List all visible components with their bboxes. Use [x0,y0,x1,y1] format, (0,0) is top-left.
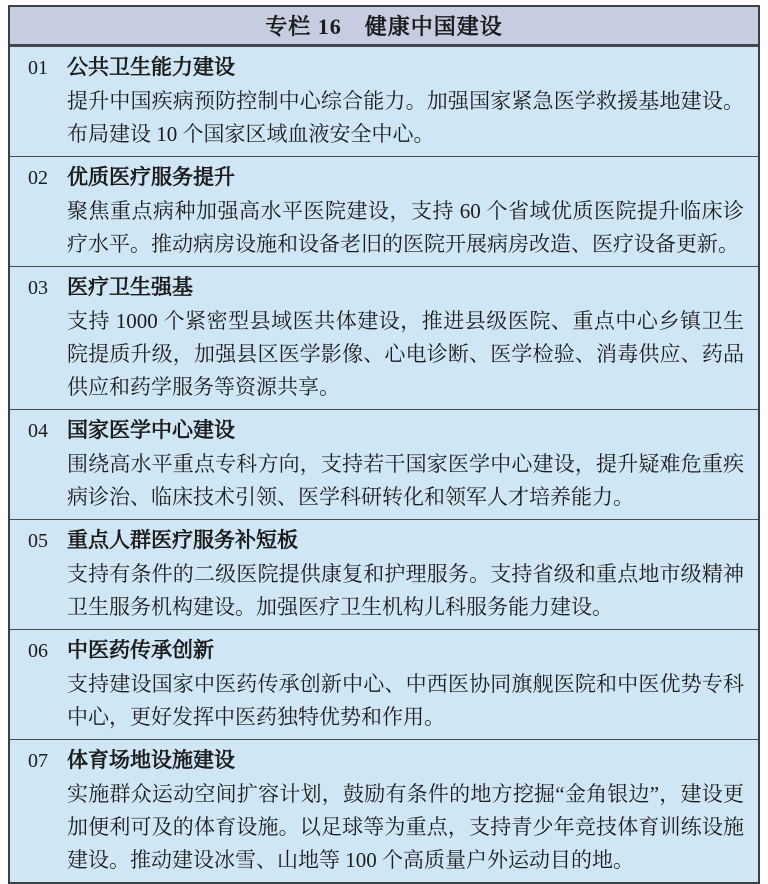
section-title-row: 05 重点人群医疗服务补短板 [28,524,744,558]
section-row: 06 中医药传承创新 支持建设国家中医药传承创新中心、中西医协同旗舰医院和中医优… [10,629,758,739]
section-title-row: 03 医疗卫生强基 [28,271,744,305]
section-heading: 体育场地设施建设 [67,744,235,777]
section-heading: 重点人群医疗服务补短板 [67,524,298,557]
section-number: 05 [28,525,67,558]
section-body: 支持建设国家中医药传承创新中心、中西医协同旗舰医院和中医优势专科中心，更好发挥中… [67,668,744,734]
section-number: 07 [28,745,67,778]
section-body: 聚焦重点病种加强高水平医院建设，支持 60 个省域优质医院提升临床诊疗水平。推动… [67,195,744,261]
policy-box: 专栏 16 健康中国建设 01 公共卫生能力建设 提升中国疾病预防控制中心综合能… [8,5,760,884]
page-background: 专栏 16 健康中国建设 01 公共卫生能力建设 提升中国疾病预防控制中心综合能… [0,0,768,862]
section-number: 04 [28,415,67,448]
section-heading: 优质医疗服务提升 [67,161,235,194]
section-body: 实施群众运动空间扩容计划，鼓励有条件的地方挖掘“金角银边”，建设更加便利可及的体… [67,778,744,877]
section-heading: 医疗卫生强基 [67,271,193,304]
section-body: 提升中国疾病预防控制中心综合能力。加强国家紧急医学救援基地建设。布局建设 10 … [67,85,744,151]
section-heading: 国家医学中心建设 [67,414,235,447]
section-number: 02 [28,162,67,195]
section-row: 07 体育场地设施建设 实施群众运动空间扩容计划，鼓励有条件的地方挖掘“金角银边… [10,739,758,882]
section-title-row: 07 体育场地设施建设 [28,744,744,778]
section-heading: 中医药传承创新 [67,634,214,667]
section-title-row: 04 国家医学中心建设 [28,414,744,448]
section-body: 围绕高水平重点专科方向，支持若干国家医学中心建设，提升疑难危重疾病诊治、临床技术… [67,448,744,514]
section-row: 02 优质医疗服务提升 聚焦重点病种加强高水平医院建设，支持 60 个省域优质医… [10,156,758,266]
section-row: 03 医疗卫生强基 支持 1000 个紧密型县域医共体建设，推进县级医院、重点中… [10,266,758,409]
section-row: 01 公共卫生能力建设 提升中国疾病预防控制中心综合能力。加强国家紧急医学救援基… [10,46,758,156]
section-number: 01 [28,52,67,85]
section-body: 支持有条件的二级医院提供康复和护理服务。支持省级和重点地市级精神卫生服务机构建设… [67,558,744,624]
section-heading: 公共卫生能力建设 [67,51,235,84]
section-number: 06 [28,635,67,668]
section-number: 03 [28,272,67,305]
section-title-row: 06 中医药传承创新 [28,634,744,668]
section-title-row: 02 优质医疗服务提升 [28,161,744,195]
section-body: 支持 1000 个紧密型县域医共体建设，推进县级医院、重点中心乡镇卫生院提质升级… [67,305,744,404]
section-row: 04 国家医学中心建设 围绕高水平重点专科方向，支持若干国家医学中心建设，提升疑… [10,409,758,519]
section-title-row: 01 公共卫生能力建设 [28,51,744,85]
panel-title: 专栏 16 健康中国建设 [10,7,758,46]
section-row: 05 重点人群医疗服务补短板 支持有条件的二级医院提供康复和护理服务。支持省级和… [10,519,758,629]
